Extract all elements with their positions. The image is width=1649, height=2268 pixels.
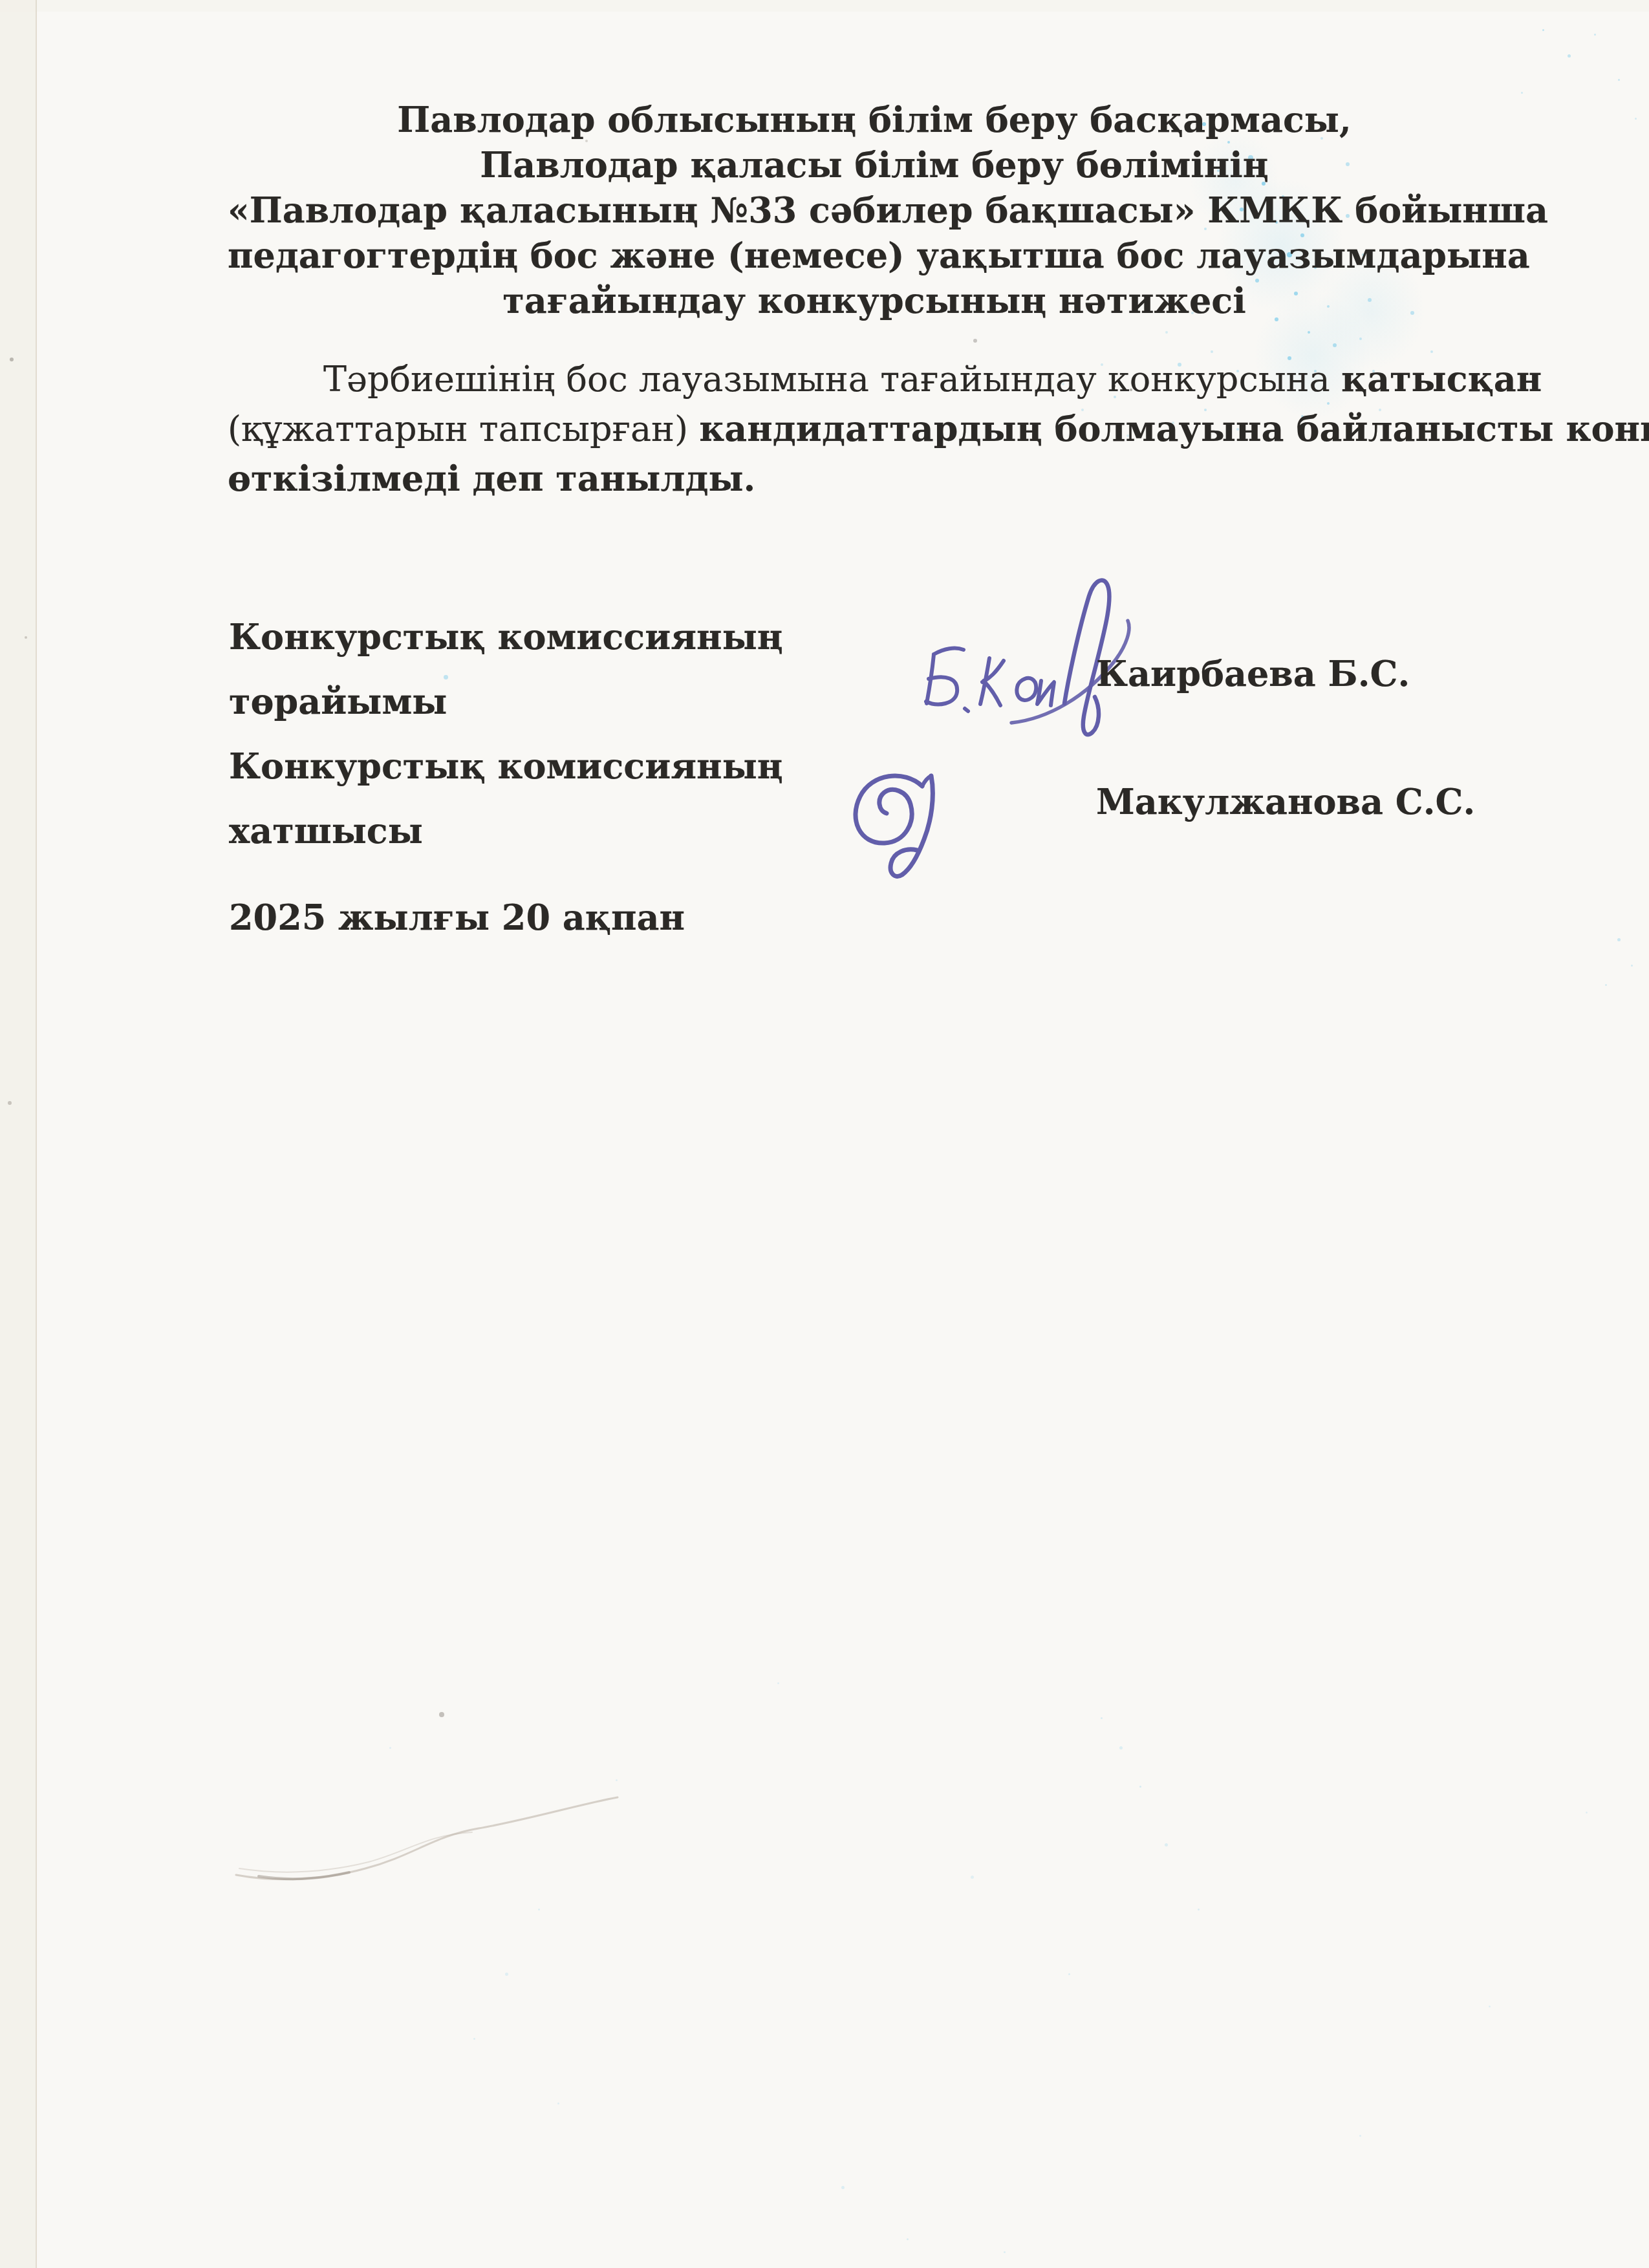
title-line-1: Павлодар облысының білім беру басқармасы… <box>228 97 1521 142</box>
role-label-line: төрайымы <box>229 669 940 734</box>
document-title: Павлодар облысының білім беру басқармасы… <box>228 97 1521 323</box>
paragraph-line-2: (құжаттарын тапсырған) кандидаттардың бо… <box>228 404 1521 454</box>
document-date: 2025 жылғы 20 ақпан <box>229 897 685 937</box>
signatory-name-chairperson: Каирбаева Б.С. <box>1096 654 1410 693</box>
role-label-line: хатшысы <box>229 798 940 863</box>
paper-edge-top <box>0 0 1649 12</box>
text-segment-bold: қатысқан <box>1341 358 1542 400</box>
pencil-scratch <box>220 1778 634 1888</box>
title-line-3: «Павлодар қаласының №33 сәбилер бақшасы»… <box>228 187 1521 233</box>
title-line-2: Павлодар қаласы білім беру бөлімінің <box>228 142 1521 187</box>
paper-edge-left <box>0 0 37 2268</box>
signatory-name-secretary: Макулжанова С.С. <box>1096 782 1475 821</box>
role-label-line: Конкурстық комиссияның <box>229 734 940 798</box>
body-paragraph: Тәрбиешінің бос лауазымына тағайындау ко… <box>228 354 1521 504</box>
paragraph-line-1: Тәрбиешінің бос лауазымына тағайындау ко… <box>228 354 1521 404</box>
text-segment-bold: кандидаттардың болмауына байланысты конк… <box>699 408 1649 449</box>
text-segment: Тәрбиешінің бос лауазымына тағайындау ко… <box>323 359 1330 400</box>
paragraph-line-3: өткізілмеді деп танылды. <box>228 454 1521 504</box>
signature-block-secretary: Конкурстық комиссияның хатшысы <box>229 734 940 863</box>
role-label-line: Конкурстық комиссияның <box>229 604 940 669</box>
title-line-5: тағайындау конкурсының нәтижесі <box>228 278 1521 323</box>
signature-block-chairperson: Конкурстық комиссияның төрайымы <box>229 604 940 734</box>
text-segment-bold: өткізілмеді деп танылды. <box>228 458 755 499</box>
document-page: Павлодар облысының білім беру басқармасы… <box>0 0 1649 2268</box>
text-segment: (құжаттарын тапсырған) <box>228 409 688 449</box>
title-line-4: педагогтердің бос және (немесе) уақытша … <box>228 233 1521 278</box>
ink-smudge-dots <box>1009 84 1011 87</box>
